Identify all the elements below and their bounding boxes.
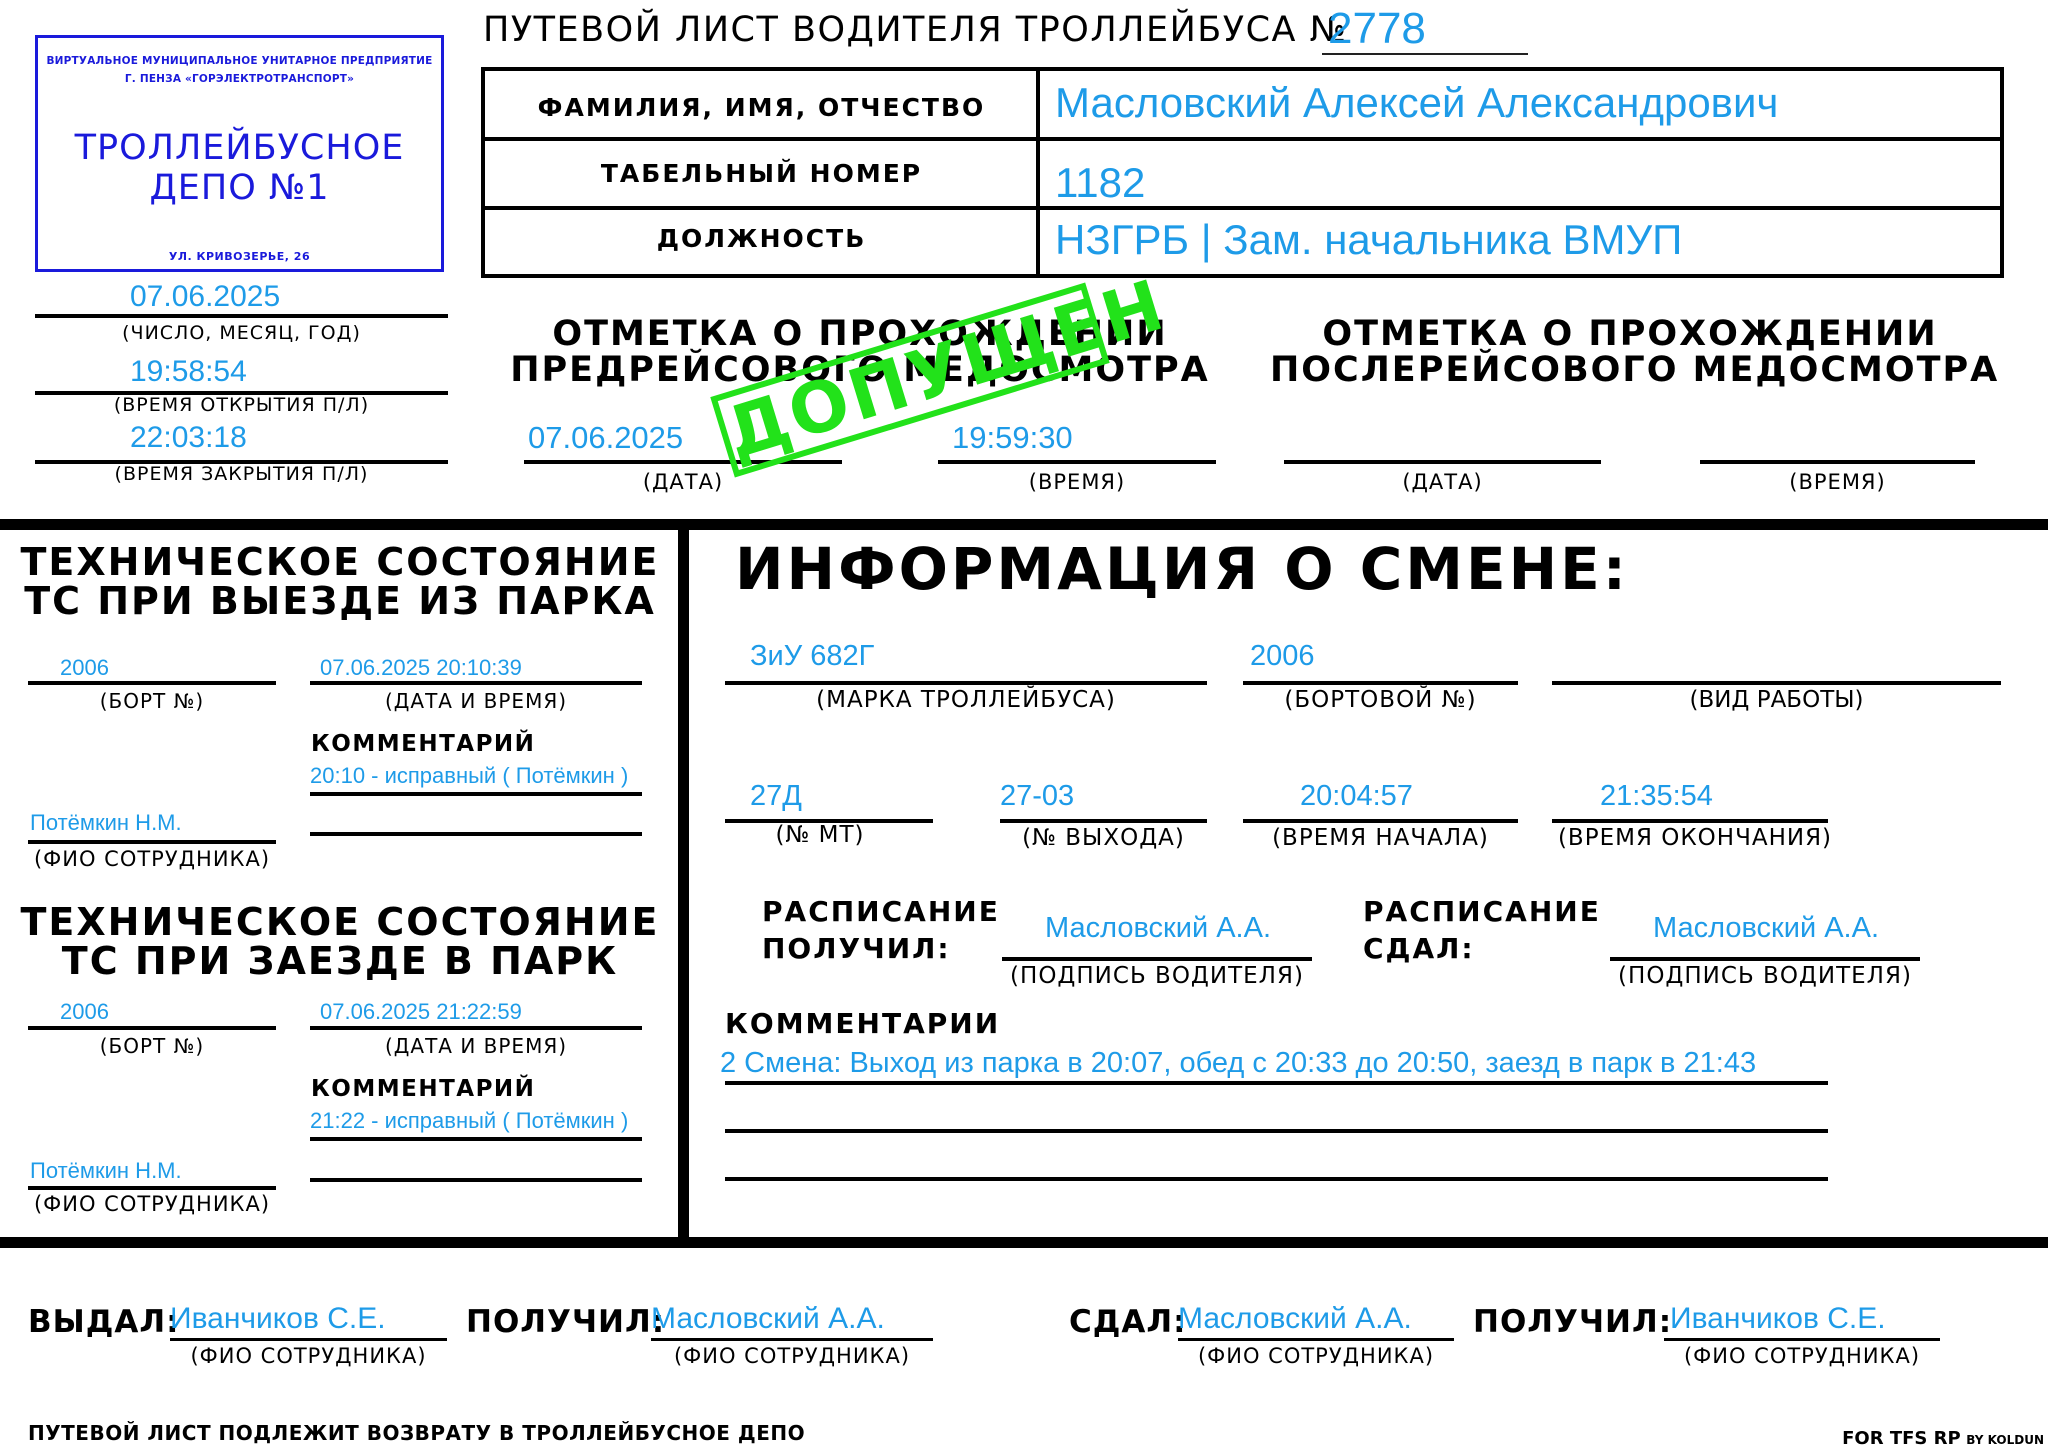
footer-received-value: Масловский А.А. <box>651 1302 885 1336</box>
footer-accepted-value: Иванчиков С.Е. <box>1670 1302 1886 1336</box>
footer-issued-label: ВЫДАЛ: <box>28 1304 180 1340</box>
tech-return-comment-line2 <box>310 1178 642 1182</box>
depot-name-line1: ТРОЛЛЕЙБУСНОЕ <box>38 128 441 168</box>
schedule-received-line <box>1002 957 1312 961</box>
depot-logo-box: ВИРТУАЛЬНОЕ МУНИЦИПАЛЬНОЕ УНИТАРНОЕ ПРЕД… <box>35 35 444 272</box>
post-trip-time-label: (ВРЕМЯ) <box>1700 470 1975 494</box>
tech-return-board-line <box>28 1026 276 1030</box>
schedule-returned-label: РАСПИСАНИЕ СДАЛ: <box>1363 893 1601 967</box>
shift-end-label: (ВРЕМЯ ОКОНЧАНИЯ) <box>1540 825 1850 851</box>
tech-departure-board-label: (БОРТ №) <box>28 689 276 713</box>
tech-return-heading-line2: ТС ПРИ ЗАЕЗДЕ В ПАРК <box>10 942 670 981</box>
tech-departure-comment-line2 <box>310 832 642 836</box>
depot-name-line2: ДЕПО №1 <box>38 168 441 208</box>
tech-departure-datetime-line <box>310 681 642 685</box>
footer-handed-line <box>1178 1338 1454 1341</box>
footer-issued-caption: (ФИО СОТРУДНИКА) <box>170 1344 447 1368</box>
schedule-received-label-line1: РАСПИСАНИЕ <box>762 893 1000 930</box>
footer-accepted-line <box>1664 1338 1940 1341</box>
shift-route-label: (№ МТ) <box>725 822 915 848</box>
tech-return-board-value: 2006 <box>60 999 109 1025</box>
pre-trip-date-label: (ДАТА) <box>524 470 842 494</box>
sheet-close-time-value: 22:03:18 <box>130 421 247 455</box>
position-value: НЗГРБ | Зам. начальника ВМУП <box>1055 216 1682 264</box>
schedule-received-label-line2: ПОЛУЧИЛ: <box>762 930 1000 967</box>
sheet-date-line <box>35 314 448 318</box>
tech-return-comment-label: КОММЕНТАРИЙ <box>311 1076 535 1102</box>
shift-work-type-label: (ВИД РАБОТЫ) <box>1552 687 2001 713</box>
tech-return-heading: ТЕХНИЧЕСКОЕ СОСТОЯНИЕ ТС ПРИ ЗАЕЗДЕ В ПА… <box>10 903 670 981</box>
shift-comment-line2 <box>725 1129 1828 1133</box>
shift-end-line <box>1552 819 1828 823</box>
footer-received-label: ПОЛУЧИЛ: <box>466 1304 665 1340</box>
schedule-returned-caption: (ПОДПИСЬ ВОДИТЕЛЯ) <box>1603 963 1927 989</box>
tech-departure-employee-label: (ФИО СОТРУДНИКА) <box>24 847 280 871</box>
table-row-position: ДОЛЖНОСТЬ НЗГРБ | Зам. начальника ВМУП <box>485 206 2000 210</box>
tech-departure-board-value: 2006 <box>60 655 109 681</box>
tech-departure-heading: ТЕХНИЧЕСКОЕ СОСТОЯНИЕ ТС ПРИ ВЫЕЗДЕ ИЗ П… <box>10 543 670 621</box>
footer-issued-line <box>170 1338 447 1341</box>
shift-start-line <box>1243 819 1518 823</box>
shift-exit-value: 27-03 <box>1000 780 1074 813</box>
shift-model-value: ЗиУ 682Г <box>750 640 874 673</box>
footer-accepted-caption: (ФИО СОТРУДНИКА) <box>1664 1344 1940 1368</box>
schedule-returned-signature: Масловский А.А. <box>1610 912 1922 945</box>
pre-trip-time-label: (ВРЕМЯ) <box>938 470 1216 494</box>
shift-comment-line3 <box>725 1177 1828 1181</box>
fio-value: Масловский Алексей Александрович <box>1055 79 1778 127</box>
pre-trip-date-value: 07.06.2025 <box>528 420 683 456</box>
tech-departure-datetime-value: 07.06.2025 20:10:39 <box>320 655 522 681</box>
tech-return-employee-label: (ФИО СОТРУДНИКА) <box>24 1192 280 1216</box>
pre-trip-date-line <box>524 460 842 464</box>
tech-departure-board-line <box>28 681 276 685</box>
sheet-close-time-label: (ВРЕМЯ ЗАКРЫТИЯ П/Л) <box>35 463 448 485</box>
tech-return-board-label: (БОРТ №) <box>28 1034 276 1058</box>
schedule-returned-label-line2: СДАЛ: <box>1363 930 1601 967</box>
footer-accepted-label: ПОЛУЧИЛ: <box>1473 1304 1672 1340</box>
section-divider-vertical <box>678 530 689 1238</box>
tech-departure-employee-value: Потёмкин Н.М. <box>30 810 182 836</box>
schedule-received-signature: Масловский А.А. <box>1002 912 1314 945</box>
shift-comment-line1-value: 2 Смена: Выход из парка в 20:07, обед с … <box>720 1047 1756 1080</box>
footer-issued-value: Иванчиков С.Е. <box>170 1302 386 1336</box>
personnel-number-label: ТАБЕЛЬНЫЙ НОМЕР <box>485 159 1038 188</box>
driver-info-table: ФАМИЛИЯ, ИМЯ, ОТЧЕСТВО Масловский Алексе… <box>481 67 2004 278</box>
post-trip-heading-line1: ОТМЕТКА О ПРОХОЖДЕНИИ <box>1270 317 1990 353</box>
shift-info-heading: ИНФОРМАЦИЯ О СМЕНЕ: <box>735 535 1629 603</box>
credit-author: BY KOLDUN <box>1966 1433 2044 1447</box>
table-row-personnel-number: ТАБЕЛЬНЫЙ НОМЕР 1182 <box>485 137 2000 141</box>
tech-departure-heading-line2: ТС ПРИ ВЫЕЗДЕ ИЗ ПАРКА <box>10 582 670 621</box>
shift-route-value: 27Д <box>750 780 802 813</box>
shift-work-type-line <box>1552 681 2001 685</box>
schedule-received-caption: (ПОДПИСЬ ВОДИТЕЛЯ) <box>995 963 1319 989</box>
shift-start-value: 20:04:57 <box>1300 780 1413 813</box>
post-trip-date-line <box>1284 460 1601 464</box>
pre-trip-time-line <box>938 460 1216 464</box>
shift-board-line <box>1243 681 1518 685</box>
credit-main: FOR TFS RP <box>1842 1428 1961 1448</box>
tech-return-comment-line1 <box>310 1137 642 1141</box>
shift-exit-label: (№ ВЫХОДА) <box>995 825 1212 851</box>
shift-end-value: 21:35:54 <box>1600 780 1713 813</box>
sheet-number: 2778 <box>1328 4 1426 54</box>
credit: FOR TFS RP BY KOLDUN <box>1842 1428 2044 1448</box>
post-trip-exam-heading: ОТМЕТКА О ПРОХОЖДЕНИИ ПОСЛЕРЕЙСОВОГО МЕД… <box>1270 317 1990 388</box>
tech-return-employee-line <box>28 1186 276 1190</box>
tech-departure-datetime-label: (ДАТА И ВРЕМЯ) <box>310 689 642 713</box>
section-divider-bottom <box>0 1237 2048 1248</box>
tech-departure-comment-line1 <box>310 792 642 796</box>
return-notice: ПУТЕВОЙ ЛИСТ ПОДЛЕЖИТ ВОЗВРАТУ В ТРОЛЛЕЙ… <box>28 1421 805 1445</box>
footer-handed-caption: (ФИО СОТРУДНИКА) <box>1178 1344 1454 1368</box>
post-trip-heading-line2: ПОСЛЕРЕЙСОВОГО МЕДОСМОТРА <box>1270 353 1990 389</box>
footer-handed-value: Масловский А.А. <box>1178 1302 1412 1336</box>
schedule-returned-label-line1: РАСПИСАНИЕ <box>1363 893 1601 930</box>
fio-label: ФАМИЛИЯ, ИМЯ, ОТЧЕСТВО <box>485 93 1038 122</box>
personnel-number-value: 1182 <box>1055 159 1145 207</box>
schedule-returned-line <box>1610 957 1920 961</box>
shift-comment-line1 <box>725 1081 1828 1085</box>
tech-return-employee-value: Потёмкин Н.М. <box>30 1158 182 1184</box>
tech-departure-employee-line <box>28 840 276 844</box>
post-trip-date-label: (ДАТА) <box>1284 470 1601 494</box>
sheet-open-time-label: (ВРЕМЯ ОТКРЫТИЯ П/Л) <box>35 394 448 416</box>
schedule-received-label: РАСПИСАНИЕ ПОЛУЧИЛ: <box>762 893 1000 967</box>
shift-board-label: (БОРТОВОЙ №) <box>1243 687 1518 713</box>
shift-model-line <box>725 681 1207 685</box>
footer-handed-label: СДАЛ: <box>1069 1304 1187 1340</box>
shift-exit-line <box>1000 819 1207 823</box>
tech-return-heading-line1: ТЕХНИЧЕСКОЕ СОСТОЯНИЕ <box>10 903 670 942</box>
tech-return-comment-value: 21:22 - исправный ( Потёмкин ) <box>310 1108 628 1134</box>
sheet-date-label: (ЧИСЛО, МЕСЯЦ, ГОД) <box>35 322 448 344</box>
pre-trip-time-value: 19:59:30 <box>952 420 1073 456</box>
tech-return-datetime-line <box>310 1026 642 1030</box>
shift-model-label: (МАРКА ТРОЛЛЕЙБУСА) <box>725 687 1207 713</box>
tech-return-datetime-label: (ДАТА И ВРЕМЯ) <box>310 1034 642 1058</box>
section-divider-top <box>0 519 2048 530</box>
sheet-date-value: 07.06.2025 <box>130 280 280 314</box>
footer-received-caption: (ФИО СОТРУДНИКА) <box>651 1344 933 1368</box>
depot-address: УЛ. КРИВОЗЕРЬЕ, 26 <box>38 250 441 263</box>
page-title: ПУТЕВОЙ ЛИСТ ВОДИТЕЛЯ ТРОЛЛЕЙБУСА № <box>483 10 1348 50</box>
shift-board-value: 2006 <box>1250 640 1315 673</box>
sheet-number-line <box>1322 53 1528 55</box>
shift-start-label: (ВРЕМЯ НАЧАЛА) <box>1238 825 1523 851</box>
post-trip-time-line <box>1700 460 1975 464</box>
shift-comments-label: КОММЕНТАРИИ <box>725 1007 1000 1040</box>
org-name-line2: Г. ПЕНЗА «ГОРЭЛЕКТРОТРАНСПОРТ» <box>38 70 441 88</box>
tech-departure-comment-value: 20:10 - исправный ( Потёмкин ) <box>310 763 628 789</box>
sheet-open-time-value: 19:58:54 <box>130 355 247 389</box>
org-name-line1: ВИРТУАЛЬНОЕ МУНИЦИПАЛЬНОЕ УНИТАРНОЕ ПРЕД… <box>38 52 441 70</box>
footer-received-line <box>651 1338 933 1341</box>
tech-departure-heading-line1: ТЕХНИЧЕСКОЕ СОСТОЯНИЕ <box>10 543 670 582</box>
position-label: ДОЛЖНОСТЬ <box>485 224 1038 253</box>
tech-departure-comment-label: КОММЕНТАРИЙ <box>311 731 535 757</box>
tech-return-datetime-value: 07.06.2025 21:22:59 <box>320 999 522 1025</box>
